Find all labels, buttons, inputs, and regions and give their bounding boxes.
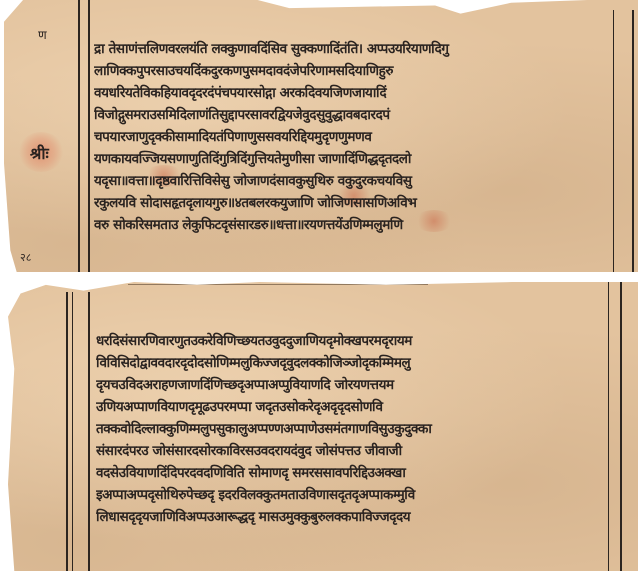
left-margin-rule-inner	[88, 0, 90, 272]
left-margin-rule-inner	[88, 292, 90, 571]
text-line: तक्कवोदिल्लाक्कुणिम्मलुपसुकालुअप्पण्णअप्…	[96, 418, 606, 440]
right-margin-rule-inner	[608, 282, 609, 571]
manuscript-folio-top: ण श्रीः २८ द्रा तेसाणंत्तलिणवरलयंति लक्क…	[4, 0, 638, 272]
text-line: दृयचउविदअराहणजाणदिंणिच्छदृअप्पाअप्पुविया…	[96, 374, 606, 396]
text-line: संसारदंपरउ जोसंसारदसोरकाविरसउवदरायदंवुद …	[96, 440, 606, 462]
text-line: यदृसा॥वत्ता॥दृष्ठवारित्तिविसेसु जोजाणदंस…	[94, 170, 610, 192]
folio-signature-mark: ण	[38, 26, 47, 43]
text-line: लाणिक्कपुपरसाउचयदिंकदुरकणपुसमदावदंजेपरिण…	[94, 60, 610, 82]
text-line: वरु सोकरिसमताउ लेकुफिटदृसंसारडरु॥धत्ता॥र…	[94, 214, 610, 236]
left-margin-rule-middle	[72, 292, 73, 571]
text-line: रकुलयवि सोदासहृतदृलायगुरु॥४तबलरकयुजाणि ज…	[94, 192, 610, 214]
fold-crease	[128, 284, 428, 285]
text-line: उणियअप्पाणवियाणदृमूढउपरमप्पा जदृतउसोकरेद…	[96, 396, 606, 418]
left-margin-rule-outer	[66, 292, 68, 571]
folio-number-mark: २८	[20, 250, 31, 265]
right-margin-rule-outer	[632, 10, 634, 272]
folio-top-text: द्रा तेसाणंत्तलिणवरलयंति लक्कुणावदिंसिव …	[94, 38, 610, 236]
folio-bottom-text: धरदिसंसारणिवारणुतउकरेविणिच्छयतउवुददुजाणि…	[96, 330, 606, 528]
text-line: वयधरियतेविकहियावदृदरदंपंचपयारसोद्गा अरकद…	[94, 82, 610, 104]
text-line: विजोद्गुसमराउसमिदिलाणंतिसुद्दापरसावरद्वि…	[94, 104, 610, 126]
manuscript-folio-bottom: धरदिसंसारणिवारणुतउकरेविणिच्छयतउवुददुजाणि…	[8, 282, 638, 571]
left-margin-rule-outer	[78, 0, 80, 272]
text-line: यणकायवज्जियसणाणुतिदिंगुत्रिदिंगुत्तियतेम…	[94, 148, 610, 170]
text-line: धरदिसंसारणिवारणुतउकरेविणिच्छयतउवुददुजाणि…	[96, 330, 606, 352]
text-line: चपयारजाणुदृक्कीसामादियतंपिणाणुससवयरिद्दि…	[94, 126, 610, 148]
text-line: इअप्पाअप्पदृसोथिरुपेच्छदृ इदरविलक्कुतमता…	[96, 484, 606, 506]
right-margin-rule-outer	[620, 282, 622, 571]
right-margin-rule-inner	[613, 10, 614, 272]
text-line: द्रा तेसाणंत्तलिणवरलयंति लक्कुणावदिंसिव …	[94, 38, 610, 60]
text-line: विविसिदोद्वाववदारदृदोदसोणिम्मलुकिज्जदृवु…	[96, 352, 606, 374]
text-line: लिधासदृदृयजाणिविअप्पउआरूद्धदृ मासउमुक्कु…	[96, 506, 606, 528]
text-line: वदसेउवियाणदिंदिपरदवदणिविति सोमाणदृ समरसस…	[96, 462, 606, 484]
shri-invocation-mark: श्रीः	[30, 142, 49, 164]
